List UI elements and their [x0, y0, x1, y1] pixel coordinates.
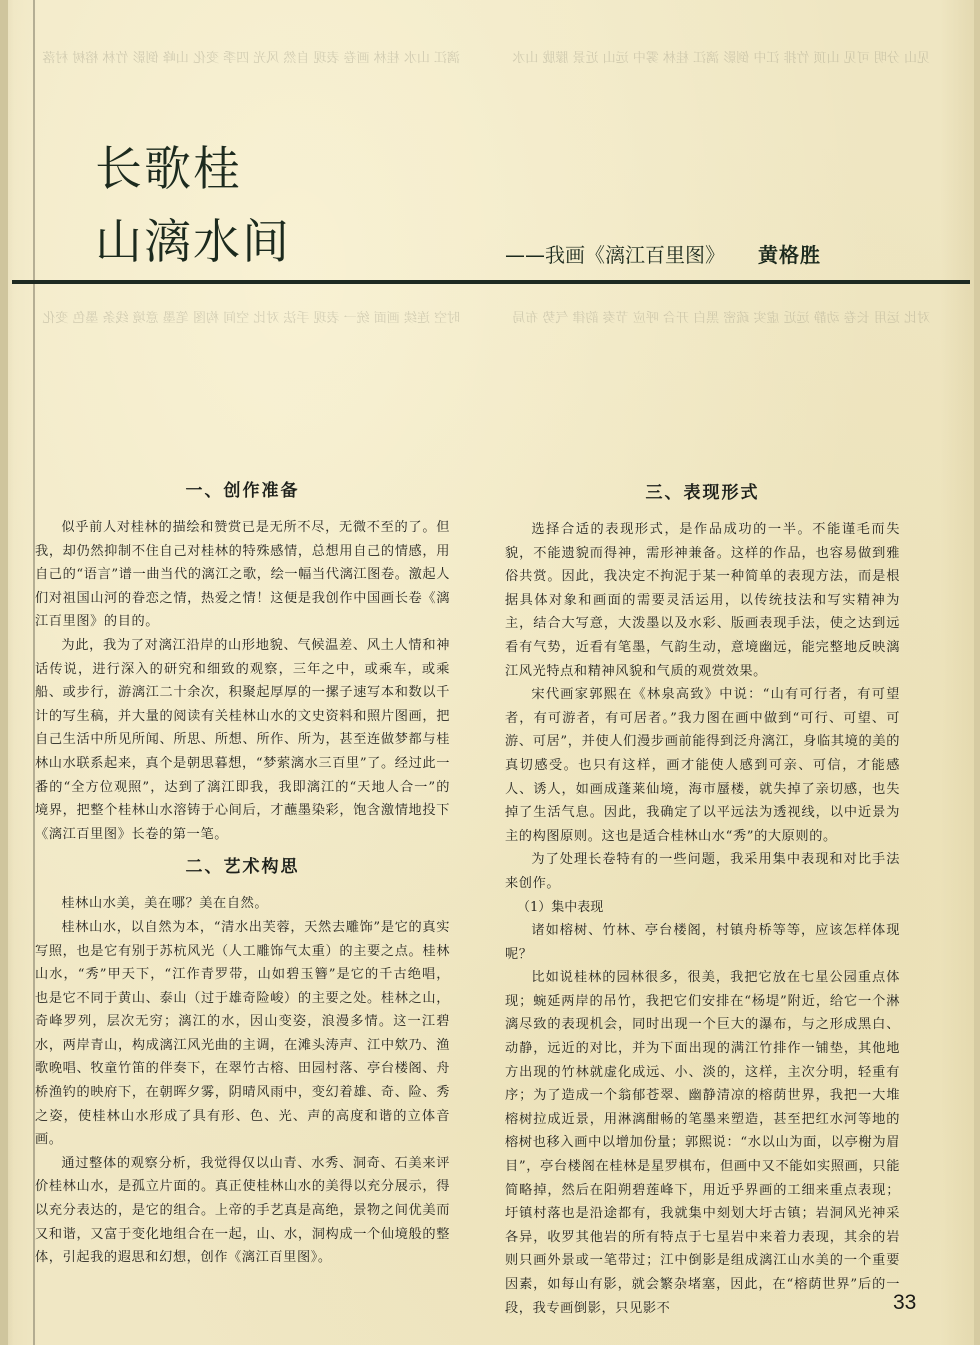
section-heading-conception: 二、艺术构思 — [35, 852, 450, 882]
paragraph: 比如说桂林的园林很多，很美，我把它放在七星公园重点体现；蜿延两岸的吊竹，我把它们… — [505, 966, 900, 1320]
section-heading-preparation: 一、创作准备 — [35, 476, 450, 506]
paragraph: 选择合适的表现形式，是作品成功的一半。不能谨毛而失貌，不能遗貌而得神，需形神兼备… — [505, 518, 900, 683]
bleed-through-texture: 见山 分明 可见 山顶 竹排 江中 倒影 漓江 桂林 雾中 远山 近景 朦胧 山… — [510, 40, 930, 77]
left-column: 一、创作准备 似乎前人对桂林的描绘和赞赏已是无所不尽，无微不至的了。但我，却仍然… — [35, 476, 450, 1270]
paragraph: 诸如榕树、竹林、亭台楼阁，村镇舟桥等等，应该怎样体现呢？ — [505, 919, 900, 966]
header-divider-rule — [12, 280, 970, 284]
paragraph: 通过整体的观察分析，我觉得仅以山青、水秀、洞奇、石美来评价桂林山水，是孤立片面的… — [35, 1152, 450, 1270]
page-right-edge — [974, 0, 980, 1345]
paragraph: 为了处理长卷特有的一些问题，我采用集中表现和对比手法来创作。 — [505, 848, 900, 895]
paragraph: 为此，我为了对漓江沿岸的山形地貌、气候温差、风土人情和神话传说，进行深入的研究和… — [35, 634, 450, 846]
article-title-line-2: 山漓水间 — [95, 219, 291, 266]
bleed-through-texture: 对比 运用 长卷 动静 远近 虚实 疏密 黑白 开合 呼应 节奏 韵律 气势 布… — [510, 300, 930, 337]
section-heading-form: 三、表现形式 — [505, 478, 900, 508]
paragraph: 宋代画家郭熙在《林泉高致》中说：“山有可行者，有可望者，有可游者，有可居者。”我… — [505, 683, 900, 848]
paragraph: 似乎前人对桂林的描绘和赞赏已是无所不尽，无微不至的了。但我，却仍然抑制不住自己对… — [35, 516, 450, 634]
article-title-line-1: 长歌桂 — [95, 146, 242, 193]
paragraph: 桂林山水，以自然为本，“清水出芙蓉，天然去雕饰”是它的真实写照，也是它有别于苏杭… — [35, 916, 450, 1152]
subsection-heading-focus: （1）集中表现 — [505, 896, 900, 920]
right-column: 三、表现形式 选择合适的表现形式，是作品成功的一半。不能谨毛而失貌，不能遗貌而得… — [505, 478, 900, 1320]
page-binding-edge — [0, 0, 8, 1345]
article-author: 黄格胜 — [758, 239, 821, 268]
article-subtitle: ——我画《漓江百里图》 — [505, 239, 725, 268]
page-number: 33 — [893, 1291, 916, 1315]
bleed-through-texture: 漓江 山水 桂林 画卷 表现 自然 风光 四季 变化 山峰 倒影 竹林 榕树 村… — [40, 40, 460, 77]
paragraph: 桂林山水美，美在哪？美在自然。 — [35, 892, 450, 916]
bleed-through-texture: 时空 连续 画面 统一 表现 手法 对比 空间 构图 笔墨 意境 线条 墨色 变… — [40, 300, 460, 337]
